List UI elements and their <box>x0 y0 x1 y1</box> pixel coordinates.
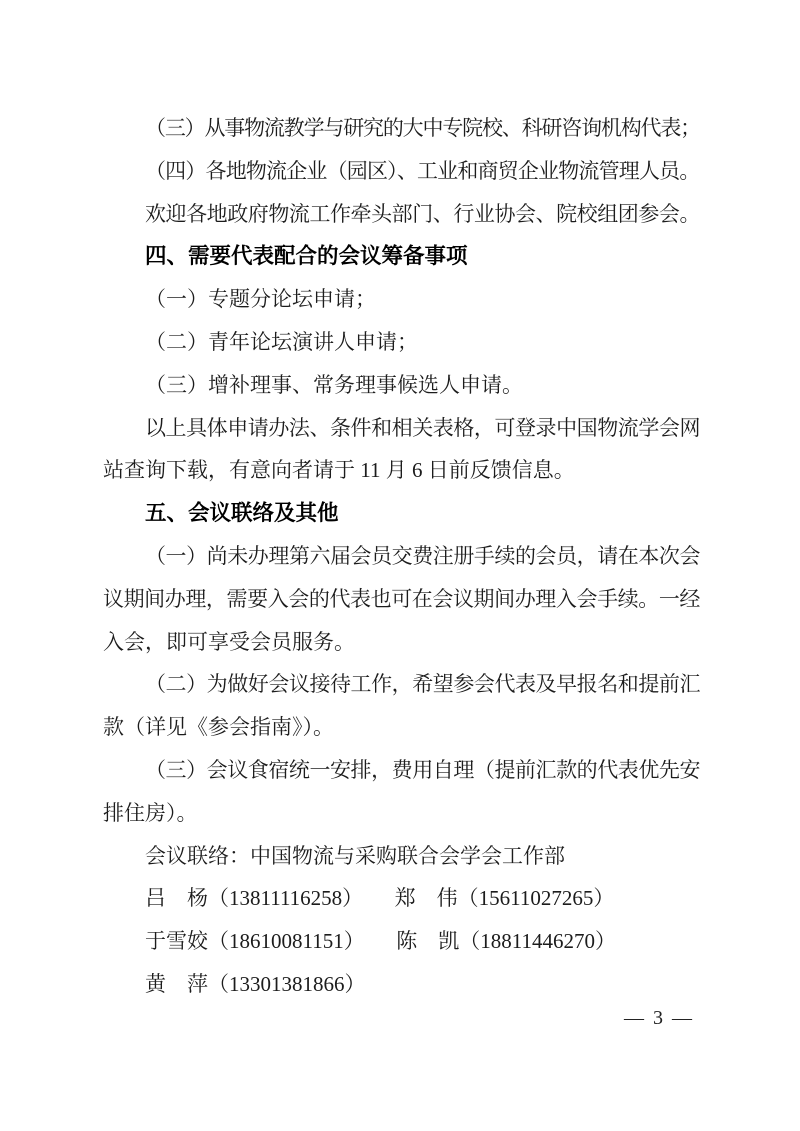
text-line: （一）专题分论坛申请； <box>103 278 700 321</box>
text-line: 于雪姣（18610081151） 陈 凯（18811446270） <box>103 920 700 963</box>
page-footer: — 3 — <box>624 1005 694 1031</box>
section-heading: 四、需要代表配合的会议筹备事项 <box>103 235 700 278</box>
text-line: （三）增补理事、常务理事候选人申请。 <box>103 364 700 407</box>
text-line: （三）从事物流教学与研究的大中专院校、科研咨询机构代表； <box>103 107 700 150</box>
text-line: （三）会议食宿统一安排，费用自理（提前汇款的代表优先安 <box>103 749 700 792</box>
text-line: 入会，即可享受会员服务。 <box>103 621 700 664</box>
text-line: 议期间办理，需要入会的代表也可在会议期间办理入会手续。一经 <box>103 578 700 621</box>
text-line: （一）尚未办理第六届会员交费注册手续的会员，请在本次会 <box>103 535 700 578</box>
text-line: （四）各地物流企业（园区）、工业和商贸企业物流管理人员。 <box>103 150 700 193</box>
text-line: 站查询下载，有意向者请于 11 月 6 日前反馈信息。 <box>103 449 700 492</box>
text-line: 排住房）。 <box>103 792 700 835</box>
page-number: — 3 — <box>624 1007 694 1029</box>
text-line: 以上具体申请办法、条件和相关表格，可登录中国物流学会网 <box>103 407 700 450</box>
text-line: 会议联络：中国物流与采购联合会学会工作部 <box>103 835 700 878</box>
document-page: （三）从事物流教学与研究的大中专院校、科研咨询机构代表；（四）各地物流企业（园区… <box>0 0 800 1131</box>
text-line: 款（详见《参会指南》）。 <box>103 706 700 749</box>
text-line: （二）为做好会议接待工作，希望参会代表及早报名和提前汇 <box>103 663 700 706</box>
document-body: （三）从事物流教学与研究的大中专院校、科研咨询机构代表；（四）各地物流企业（园区… <box>103 107 700 1006</box>
text-line: 欢迎各地政府物流工作牵头部门、行业协会、院校组团参会。 <box>103 193 700 236</box>
text-line: 吕 杨（13811116258） 郑 伟（15611027265） <box>103 877 700 920</box>
text-line: 黄 萍（13301381866） <box>103 963 700 1006</box>
section-heading: 五、会议联络及其他 <box>103 492 700 535</box>
text-line: （二）青年论坛演讲人申请； <box>103 321 700 364</box>
